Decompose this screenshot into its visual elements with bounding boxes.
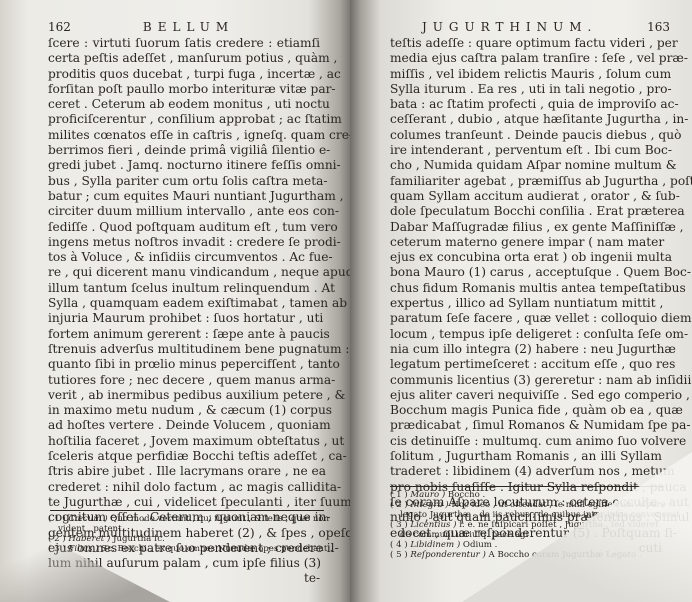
running-head-left: 162 BELLUM [48,20,320,34]
text-line: verit , ab inermibus pedibus auxilium pe… [48,388,320,403]
text-line: cho , Numida quidam Aſpar nomine multum … [390,158,662,173]
text-line: forſitan poſt paullo morbo interituræ vi… [48,82,320,97]
page-number-right: 163 [647,20,670,34]
text-line: paratum ſeſe facere , quæ vellet : collo… [390,311,662,326]
text-line: communis licentius (3) gereretur : nam a… [390,373,662,388]
text-line: illum tantum ſcelus inultum relinquendum… [48,281,320,296]
text-line: ire intenderant , perventum eſt . Ibi cu… [390,143,662,158]
text-line: bus , Sylla pariter cum ortu ſolis caſtr… [48,174,320,189]
text-line: teſtis adeſſe : quare optimum factu vide… [390,36,662,51]
text-line: quanto ſibi in prœlio minus pepercifſent… [48,357,320,372]
footnote-lemma: Integra ) [410,500,448,510]
text-line: certa peſtis adeſſet , manſurum potius ,… [48,51,320,66]
footnote-text: Sc. Bocchi , ex quo omnes Numidæ opes pe… [99,544,333,554]
footnote-text: vident , patent . [58,524,127,534]
right-page: JUGURTHINUM. 163 teſtis adeſſe : quare o… [350,0,692,602]
text-line: quam Syllam accitum audierat , orator , … [390,189,662,204]
text-line: te Jugurthæ , cui , videlicet ſpeculanti… [48,495,320,510]
text-line: ingens metus noſtros invadit : credere ſ… [48,235,320,250]
footnote-lemma: Licentius ) [410,520,456,530]
text-line: re , qui dicerent manu vindicandum , neq… [48,265,320,280]
text-line: expertus , illico ad Syllam nuntiatum mi… [390,296,662,311]
footnote-marker: ( 5 ) [390,550,408,560]
text-line: ejus aliter caveri nequiviſſe . Sed ego … [390,388,662,403]
text-line: crederet : nihil dolo factum , ac magis … [48,480,320,495]
text-line: bata : ac ſtatim profecti , quia de impr… [390,97,662,112]
text-line: injuria Maurum prohibet : ſuos hortatur … [48,311,320,326]
text-line: gredi jubet . Jamq. nocturno itinere feſ… [48,158,320,173]
footnote: vident , patent . [48,524,328,534]
text-line: ceſſerant , dubio , atque hæſitante Jugu… [390,112,662,127]
text-line: ad hoſtes vertere . Deinde Volucem , quo… [48,418,320,433]
text-line: chus fidum Romanis multis antea tempeſta… [390,281,662,296]
text-line: proficiſcerentur , conſilium approbat ; … [48,112,320,127]
running-head-right: JUGURTHINUM. 163 [370,20,670,34]
footnote: ( 2 ) Haberet ) Jugurtha ſc. [48,534,328,544]
text-line: circiter duum millium intervallo , ante … [48,204,320,219]
body-text-right: teſtis adeſſe : quare optimum factu vide… [390,36,662,556]
text-line: tutiores fore ; nec decere , quem manus … [48,373,320,388]
text-line: legatum pertimeſceret : accitum eſſe , q… [390,357,662,372]
text-line: tos à Voluce , & inſidiis circumventos .… [48,250,320,265]
running-title-left: BELLUM [143,20,234,34]
footnote-marker: ( 1 ) [48,514,66,524]
footnote: ( 3 ) Filius ) Sc. Bocchi , ex quo omnes… [48,544,328,554]
text-line: proditis quos ducebat , turpi fuga , inc… [48,67,320,82]
footnote-text: de communi utriuſq. pace agi . [400,530,534,540]
footnote-lemma: Reſponderentur ) [410,550,485,560]
text-line: Sylla iturum . Ea res , uti in tali nego… [390,82,662,97]
text-line: bona Mauro (1) carus , acceptuſque . Que… [390,265,662,280]
text-line: ſcere : virtuti ſuorum ſatis credere : e… [48,36,320,51]
text-line: columes tranſeunt . Deinde paucis diebus… [390,128,662,143]
body-text-left: ſcere : virtuti ſuorum ſatis credere : e… [48,36,320,586]
text-line: ſtrenuis adverſus multitudinem bene pugn… [48,342,320,357]
text-line: familiariter agebat , præmiſſus ab Jugur… [390,174,662,189]
text-line: fortem animum gererent : ſæpe ante à pau… [48,327,320,342]
text-line: nia cum illo integra (2) habere : neu Ju… [390,342,662,357]
footnote: ( 1 ) Cæcum ) Quo modo vertunt , qui fug… [48,514,328,524]
text-line: dole ſpeculatum Bocchi conſilia . Erat p… [390,204,662,219]
footnote-text: Quo modo vertunt , qui fugiunt , & telis… [108,514,329,524]
text-line: media ejus caſtra palam tranſire : ſeſe … [390,51,662,66]
footnote-marker: ( 2 ) [390,500,408,510]
text-line: Sylla , quamquam eadem exiſtimabat , tam… [48,296,320,311]
footnote-rule-left [50,510,324,511]
footnote-lemma: Mauro ) [410,490,445,500]
text-line: ſolitum , Jugurtham Romanis , an illi Sy… [390,449,662,464]
text-line: prædicabat , ſimul Romanos & Numidam ſpe… [390,418,662,433]
text-line: miſſis , vel ibidem relictis Mauris , ſo… [390,67,662,82]
footnote-lemma: Libidinem ) [410,540,460,550]
footnote-lemma: Cæcum ) [68,514,107,524]
text-line: hoſtilia faceret , Jovem maximum obteſta… [48,434,320,449]
text-line: ſediſſe . Quod poſtquam auditum eſt , tu… [48,220,320,235]
page-number-left: 162 [48,20,71,34]
text-line: cis detinuiſſe : multumq. cum animo ſuo … [390,434,662,449]
running-title-right: JUGURTHINUM. [422,20,597,34]
text-line: ſtris abire jubet . Ille lacrymans orare… [48,464,320,479]
text-line: milites cœnatos eſſe in caſtris , igneſq… [48,128,320,143]
text-line: locum , tempus ipſe deligeret : conſulta… [390,327,662,342]
text-line: ejus ex concubina orta erat ) ob ingenii… [390,250,662,265]
book-spread: 162 BELLUM ſcere : virtuti ſuorum ſatis … [0,0,692,602]
text-line: batur ; cum equites Mauri nuntiant Jugur… [48,189,320,204]
text-line: in maximo metu nudum , & cæcum (1) corpu… [48,403,320,418]
left-page: 162 BELLUM ſcere : virtuti ſuorum ſatis … [0,0,350,602]
text-line: traderet : libidinem (4) adverſum nos , … [390,464,662,479]
text-line: Dabar Maſſugradæ filius , ex gente Maſſi… [390,220,662,235]
footnote-text: Boccho . [445,490,485,500]
footnotes-left: ( 1 ) Cæcum ) Quo modo vertunt , qui fug… [48,514,328,554]
text-line: ſceleris atque perfidiæ Bocchi teſtis ad… [48,449,320,464]
footnote-marker: ( 3 ) [390,520,408,530]
text-line: Bocchum magis Punica fide , quàm ob ea ,… [390,403,662,418]
footnote-text: Odium . [460,540,497,550]
text-line: berrimos fieri , deinde primâ vigiliâ ſi… [48,143,320,158]
footnote-rule-right [390,486,664,487]
text-line: ceterum materno genere impar ( nam mater [390,235,662,250]
text-line: ceret . Ceterum ab eodem monitus , uti n… [48,97,320,112]
footnote-marker: ( 1 ) [390,490,408,500]
footnote-lemma: Haberet ) [68,534,110,544]
footnote-text: Jugurtha ſc. [110,534,164,544]
footnote-marker: ( 4 ) [390,540,408,550]
